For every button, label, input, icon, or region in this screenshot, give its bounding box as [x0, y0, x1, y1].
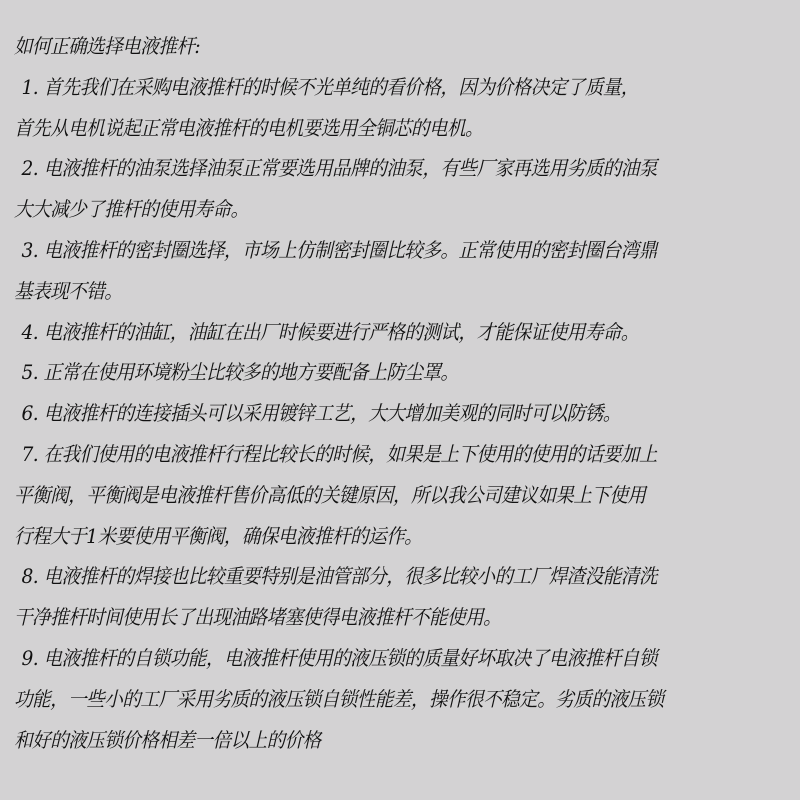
item-2-line-2: 大大减少了推杆的使用寿命。	[14, 189, 739, 230]
item-text: 电液推杆的油泵选择油泵正常要选用品牌的油泵，有些厂家再选用劣质的油泵	[43, 156, 656, 180]
item-number: 3.	[21, 238, 38, 262]
item-3-line-1: 3. 电液推杆的密封圈选择，市场上仿制密封圈比较多。正常使用的密封圈台湾鼎	[14, 230, 739, 271]
item-7-line-3: 行程大于1米要使用平衡阀，确保电液推杆的运作。	[14, 516, 739, 557]
item-7-line-2: 平衡阀，平衡阀是电液推杆售价高低的关键原因，所以我公司建议如果上下使用	[14, 475, 739, 516]
item-number: 1.	[21, 75, 38, 99]
item-9-line-3: 和好的液压锁价格相差一倍以上的价格	[14, 720, 739, 761]
item-2-line-1: 2. 电液推杆的油泵选择油泵正常要选用品牌的油泵，有些厂家再选用劣质的油泵	[14, 148, 739, 189]
item-number: 6.	[21, 401, 38, 425]
item-number: 5.	[21, 360, 38, 384]
item-1-line-1: 1. 首先我们在采购电液推杆的时候不光单纯的看价格，因为价格决定了质量，	[14, 67, 739, 108]
item-text: 电液推杆的自锁功能，电液推杆使用的液压锁的质量好坏取决了电液推杆自锁	[43, 646, 656, 670]
item-text: 电液推杆的油缸，油缸在出厂时候要进行严格的测试，才能保证使用寿命。	[43, 320, 638, 344]
item-8-line-2: 干净推杆时间使用长了出现油路堵塞使得电液推杆不能使用。	[14, 597, 739, 638]
item-1-line-2: 首先从电机说起正常电液推杆的电机要选用全铜芯的电机。	[14, 108, 739, 149]
item-text: 首先我们在采购电液推杆的时候不光单纯的看价格，因为价格决定了质量，	[43, 75, 638, 99]
item-text: 电液推杆的焊接也比较重要特别是油管部分，很多比较小的工厂焊渣没能清洗	[43, 564, 656, 588]
item-text: 在我们使用的电液推杆行程比较长的时候，如果是上下使用的使用的话要加上	[43, 442, 656, 466]
item-number: 8.	[21, 564, 38, 588]
item-8-line-1: 8. 电液推杆的焊接也比较重要特别是油管部分，很多比较小的工厂焊渣没能清洗	[14, 556, 739, 597]
item-text: 电液推杆的连接插头可以采用镀锌工艺，大大增加美观的同时可以防锈。	[43, 401, 620, 425]
item-4-line-1: 4. 电液推杆的油缸，油缸在出厂时候要进行严格的测试，才能保证使用寿命。	[14, 312, 739, 353]
item-number: 7.	[21, 442, 38, 466]
item-text: 电液推杆的密封圈选择，市场上仿制密封圈比较多。正常使用的密封圈台湾鼎	[43, 238, 656, 262]
item-9-line-1: 9. 电液推杆的自锁功能，电液推杆使用的液压锁的质量好坏取决了电液推杆自锁	[14, 638, 739, 679]
item-3-line-2: 基表现不错。	[14, 271, 739, 312]
item-number: 9.	[21, 646, 38, 670]
item-number: 2.	[21, 156, 38, 180]
document-title: 如何正确选择电液推杆:	[14, 26, 739, 67]
item-6-line-1: 6. 电液推杆的连接插头可以采用镀锌工艺，大大增加美观的同时可以防锈。	[14, 393, 739, 434]
document-body: 如何正确选择电液推杆: 1. 首先我们在采购电液推杆的时候不光单纯的看价格，因为…	[14, 26, 794, 760]
item-9-line-2: 功能，一些小的工厂采用劣质的液压锁自锁性能差，操作很不稳定。劣质的液压锁	[14, 679, 739, 720]
item-number: 4.	[21, 320, 38, 344]
item-5-line-1: 5. 正常在使用环境粉尘比较多的地方要配备上防尘罩。	[14, 352, 739, 393]
item-7-line-1: 7. 在我们使用的电液推杆行程比较长的时候，如果是上下使用的使用的话要加上	[14, 434, 739, 475]
item-text: 正常在使用环境粉尘比较多的地方要配备上防尘罩。	[43, 360, 458, 384]
